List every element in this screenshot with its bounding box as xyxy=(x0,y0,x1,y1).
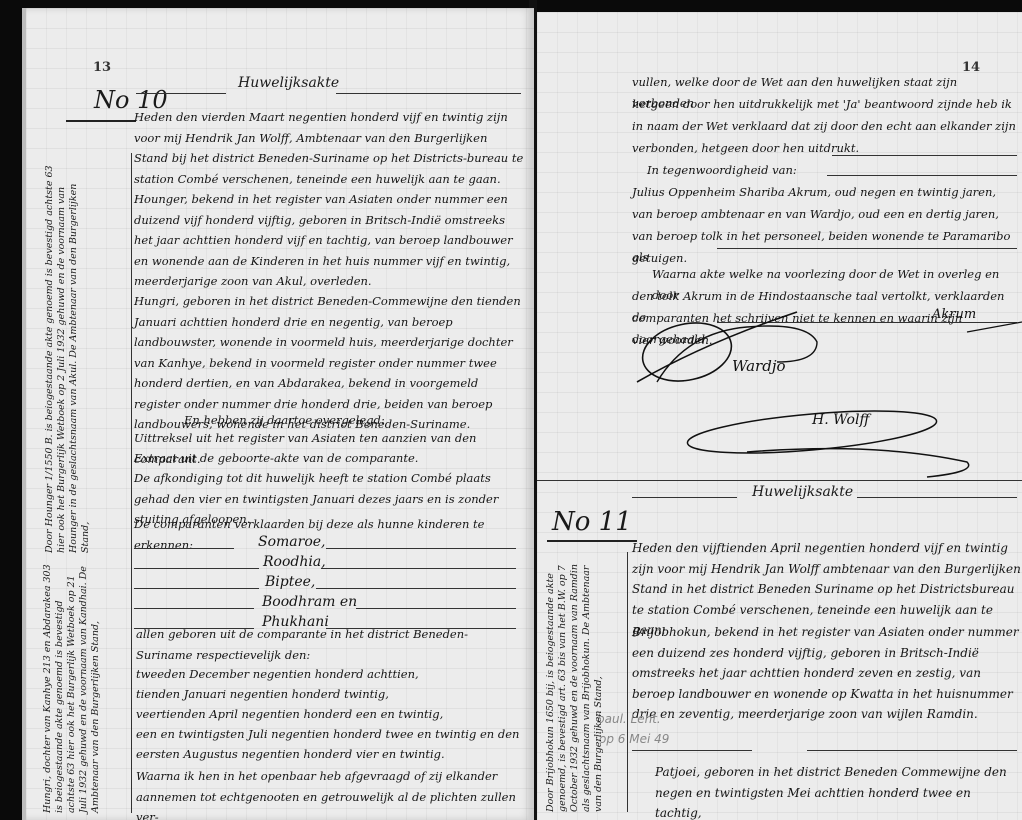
act-paragraph-groom: Hounger, bekend in het register van Asia… xyxy=(134,189,524,292)
margin-annotation-groom: Door Brijobhokun 1650 bij, is beiogestaa… xyxy=(545,552,605,812)
act-title: Huwelijksakte xyxy=(752,484,853,500)
signature-flourishes xyxy=(627,302,1022,492)
margin-annotation-bride: Hungri, dochter van Kanhye 213 en Abdara… xyxy=(42,563,102,813)
act-paragraph-bride: Patjoei, geboren in het district Beneden… xyxy=(655,762,1020,820)
pencil-note: op 6 Mei 49 xyxy=(599,732,669,746)
continuation-line: in naam der Wet verklaard dat zij door d… xyxy=(632,116,1017,137)
child-birth-date: een en twintigsten Juli negentien honder… xyxy=(136,724,521,745)
act-number: No 11 xyxy=(552,507,632,537)
child-birth-date: tweeden December negentien honderd achtt… xyxy=(136,664,521,685)
witness-line: Julius Oppenheim Shariba Akrum, oud nege… xyxy=(632,182,1017,203)
child-birth-date: veertienden April negentien honderd een … xyxy=(136,704,521,725)
child-birth-date: tienden Januari negentien honderd twinti… xyxy=(136,684,521,705)
child-name: Somaroe, xyxy=(258,534,326,550)
witnesses-intro: In tegenwoordigheid van: xyxy=(647,160,947,181)
page-number: 13 xyxy=(93,60,111,75)
child-name: Boodhram en xyxy=(262,594,357,610)
act-paragraph-intro: Heden den vierden Maart negentien honder… xyxy=(134,107,524,189)
child-name: Biptee, xyxy=(265,574,315,590)
act-paragraph-groom: Brijobhokun, bekend in het register van … xyxy=(632,622,1022,725)
signature-official: H. Wolff xyxy=(812,412,869,428)
register-page-left: 13 No 10 Huwelijksakte Heden den vierden… xyxy=(22,8,534,820)
children-birth-intro: allen geboren uit de comparante in het d… xyxy=(136,624,521,665)
act-title: Huwelijksakte xyxy=(238,75,339,91)
closing-paragraph: Waarna ik hen in het openbaar heb afgevr… xyxy=(136,766,521,820)
signature-witness-wardjo: Wardjo xyxy=(732,357,786,375)
witness-line: van beroep ambtenaar en van Wardjo, oud … xyxy=(632,204,1017,225)
continuation-line: hetgeen door hen uitdrukkelijk met 'Ja' … xyxy=(632,94,1017,115)
child-birth-date: eersten Augustus negentien honderd vier … xyxy=(136,744,521,765)
margin-annotation-groom: Door Hounger 1/1550 B. is beiogestaande … xyxy=(44,153,92,553)
pencil-note: baul. Lent. xyxy=(597,712,661,726)
child-name: Roodhia, xyxy=(263,554,326,570)
signature-witness-akrum: Akrum xyxy=(932,307,976,322)
document-item-2: Extract uit de geboorte-akte van de comp… xyxy=(134,448,524,469)
register-page-right: 14 vullen, welke door de Wet aan den huw… xyxy=(537,12,1022,820)
